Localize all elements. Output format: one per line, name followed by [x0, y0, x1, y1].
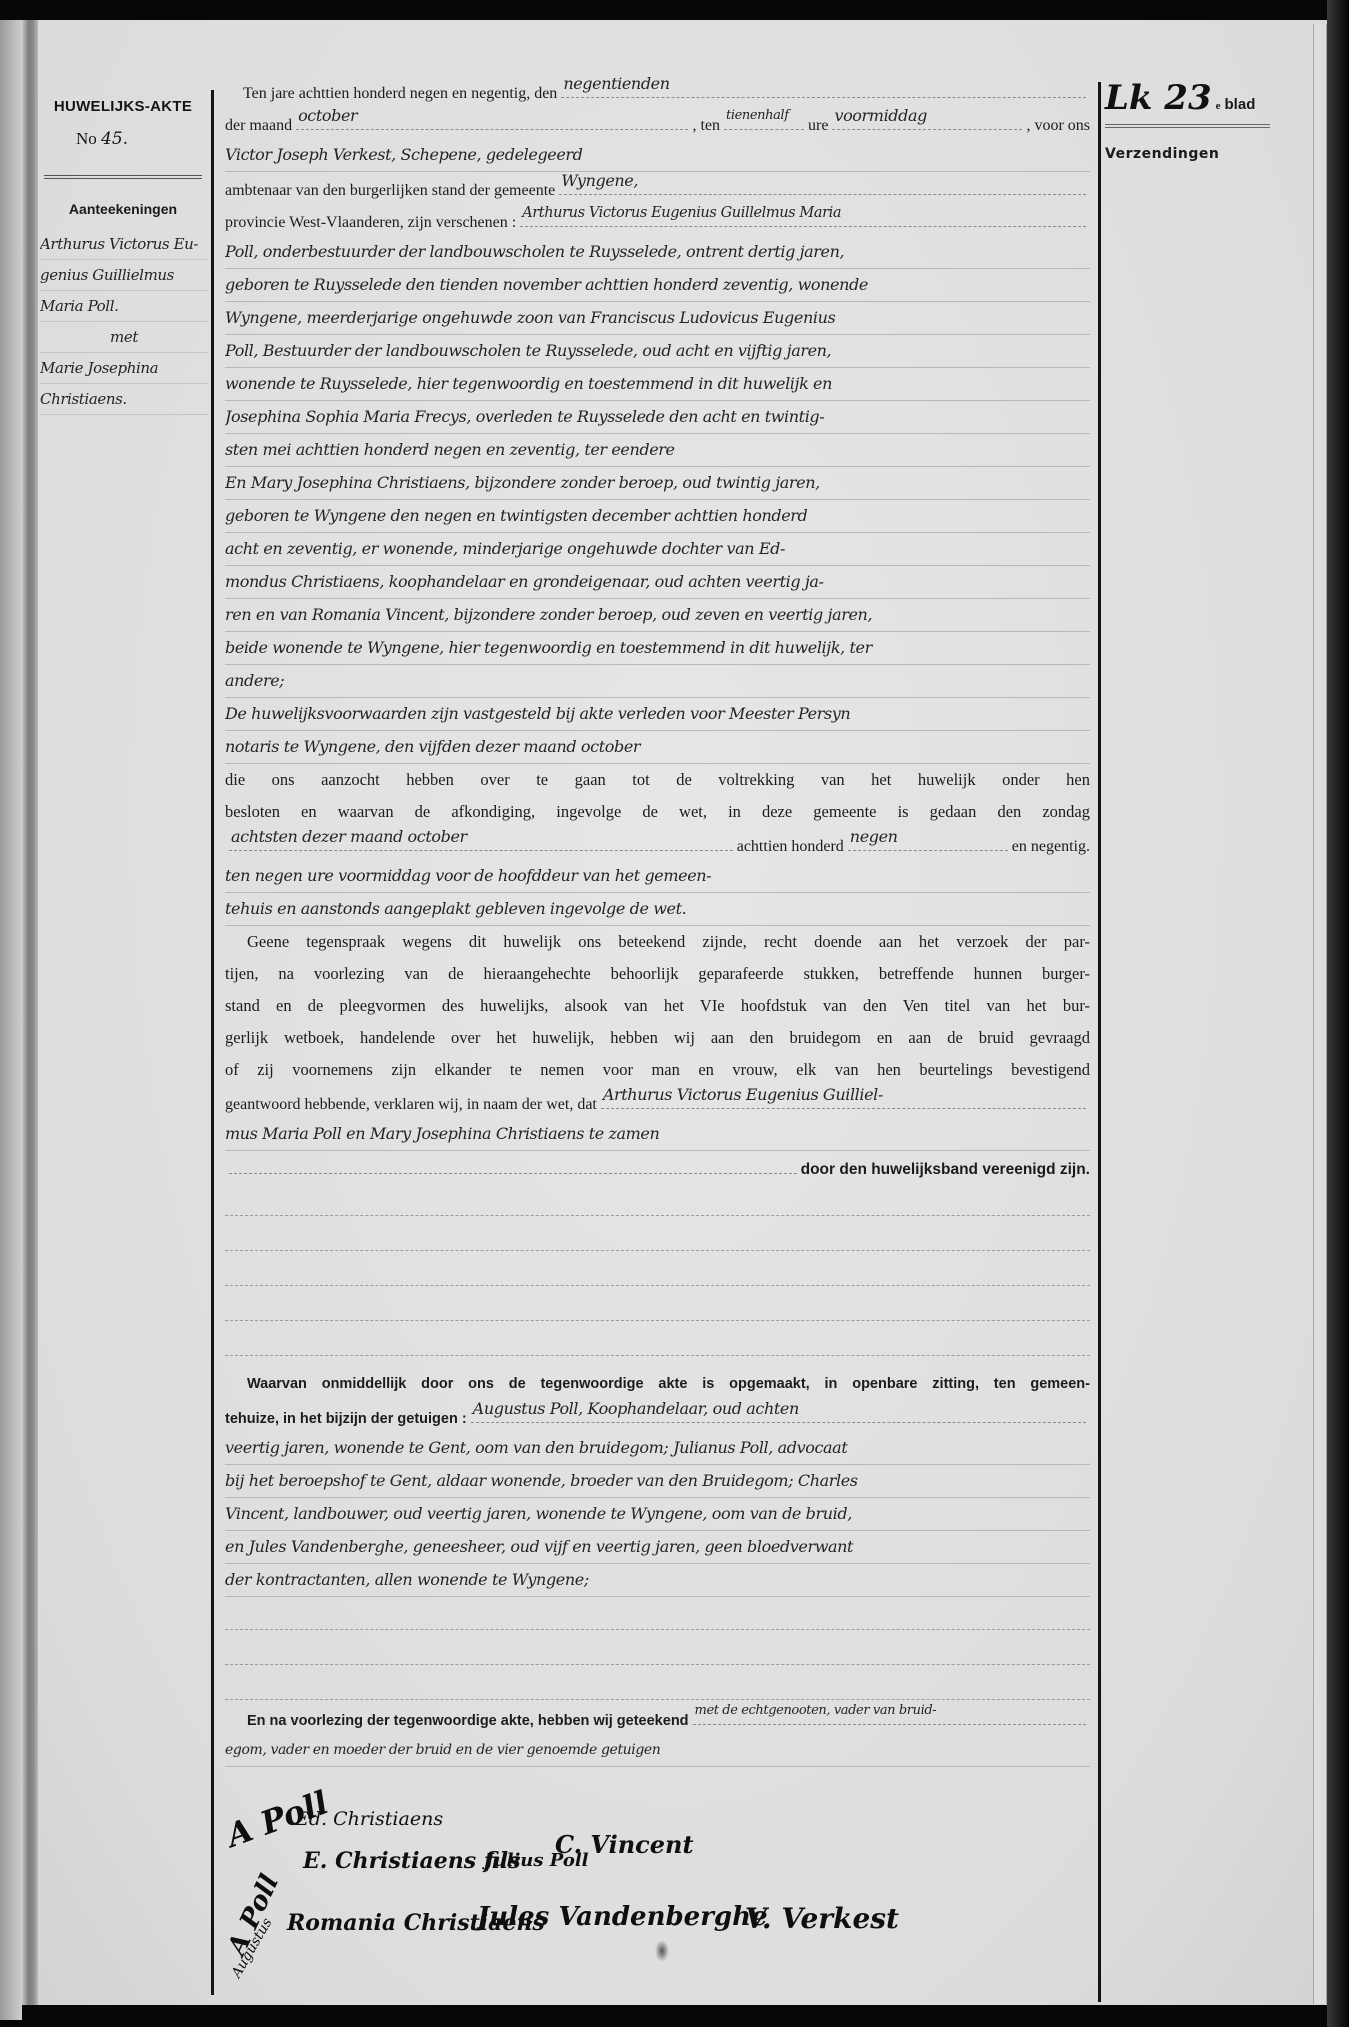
handwritten-text: bij het beroepshof te Gent, aldaar wonen…	[225, 1471, 858, 1490]
blank-line	[225, 1667, 1090, 1700]
handwritten-text: De huwelijksvoorwaarden zijn vastgesteld…	[225, 704, 850, 723]
signature: C. Vincent	[555, 1830, 694, 1859]
part-of-day-field: voormiddag	[832, 107, 1022, 130]
witness-line: en Jules Vandenberghe, geneesheer, oud v…	[225, 1531, 1090, 1564]
page-edge-right	[1313, 24, 1327, 2004]
signatures-area: A Poll Ed. Christiaens E. Christiaens fi…	[225, 1790, 1125, 1980]
witness-line: Vincent, landbouwer, oud veertig jaren, …	[225, 1498, 1090, 1531]
couple-names-continued: mus Maria Poll en Mary Josephina Christi…	[225, 1118, 1090, 1151]
witness-line: veertig jaren, wonende te Gent, oom van …	[225, 1432, 1090, 1465]
printed-text: En na voorlezing der tegenwoordige akte,…	[225, 1705, 689, 1737]
groom-line: sten mei achttien honderd negen en zeven…	[225, 434, 1090, 467]
signing-field: met de echtgenooten, vader van bruid-	[693, 1702, 1086, 1725]
groom-name-field: Arthurus Victorus Eugenius Guillelmus Ma…	[520, 204, 1086, 227]
folio-suffix: e	[1216, 100, 1221, 112]
publication-detail-line: tehuis en aanstonds aangeplakt gebleven …	[225, 893, 1090, 926]
right-shadow	[1327, 0, 1349, 2027]
handwritten-text: acht en zeventig, er wonende, minderjari…	[225, 539, 785, 558]
month-field: october	[296, 107, 688, 130]
bride-details: En Mary Josephina Christiaens, bijzonder…	[225, 467, 1090, 698]
printed-text: ure	[808, 110, 828, 142]
header-line-date: Ten jare achttien honderd negen en negen…	[225, 75, 1090, 107]
officer-line: Victor Joseph Verkest, Schepene, gedeleg…	[225, 139, 1090, 172]
day-field: negentienden	[561, 75, 1086, 98]
day-value: negentienden	[563, 75, 669, 98]
bride-line: andere;	[225, 665, 1090, 698]
witness-text: Augustus Poll, Koophandelaar, oud achten	[473, 1400, 799, 1423]
publication-date: achtsten dezer maand october	[231, 828, 467, 851]
handwritten-text: notaris te Wyngene, den vijfden dezer ma…	[225, 737, 640, 756]
handwritten-text: Poll, Bestuurder der landbouwscholen te …	[225, 341, 831, 360]
printed-line: gerlijk wetboek, handelende over het huw…	[225, 1022, 1090, 1054]
month-value: october	[298, 107, 357, 130]
annotation-line: Maria Poll.	[40, 291, 208, 322]
closing-text: door den huwelijksband vereenigd zijn.	[801, 1154, 1090, 1186]
handwritten-text: En Mary Josephina Christiaens, bijzonder…	[225, 473, 820, 492]
witness-line: der kontractanten, allen wonende te Wyng…	[225, 1564, 1090, 1597]
akte-title: HUWELIJKS-AKTE	[38, 98, 208, 115]
handwritten-text: beide wonende te Wyngene, hier tegenwoor…	[225, 638, 872, 657]
handwritten-text: Poll, onderbestuurder der landbouwschole…	[225, 242, 844, 261]
bride-line: ren en van Romania Vincent, bijzondere z…	[225, 599, 1090, 632]
printed-text: Ten jare achttien honderd negen en negen…	[225, 78, 557, 110]
groom-line: Poll, Bestuurder der landbouwscholen te …	[225, 335, 1090, 368]
municipality-value: Wyngene,	[561, 172, 638, 195]
folio-label: blad	[1225, 96, 1256, 113]
publication-year: negen	[850, 828, 898, 851]
handwritten-text: sten mei achttien honderd negen en zeven…	[225, 440, 675, 459]
request-paragraph: die ons aanzocht hebben over te gaan tot…	[225, 764, 1090, 828]
annotation-line: Arthurus Victorus Eu-	[40, 229, 208, 260]
witness-line: tehuize, in het bijzijn der getuigen : A…	[225, 1400, 1090, 1432]
groom-line: Poll, onderbestuurder der landbouwschole…	[225, 236, 1090, 269]
printed-text: ambtenaar van den burgerlijken stand der…	[225, 175, 555, 207]
left-divider	[44, 175, 202, 179]
blank-line	[225, 1288, 1090, 1321]
publication-date-field: achtsten dezer maand october	[229, 828, 733, 851]
certificate-body: Ten jare achttien honderd negen en negen…	[225, 75, 1090, 1767]
groom-line: wonende te Ruysselede, hier tegenwoordig…	[225, 368, 1090, 401]
couple-names: Arthurus Victorus Eugenius Guilliel-	[603, 1086, 883, 1109]
publication-year-field: negen	[848, 828, 1008, 851]
annotations-title: Aanteekeningen	[38, 201, 208, 217]
blank-line	[225, 1218, 1090, 1251]
handwritten-text: mus Maria Poll en Mary Josephina Christi…	[225, 1124, 659, 1143]
handwritten-text: mondus Christiaens, koophandelaar en gro…	[225, 572, 824, 591]
blank-line	[225, 1632, 1090, 1665]
printed-text: der maand	[225, 110, 292, 142]
blank-field	[229, 1151, 797, 1174]
printed-text: geantwoord hebbende, verklaren wij, in n…	[225, 1089, 597, 1121]
printed-line: besloten en waarvan de afkondiging, inge…	[225, 796, 1090, 828]
witness-paragraph: Waarvan onmiddellijk door ons de tegenwo…	[225, 1368, 1090, 1597]
annotation-line: Christiaens.	[40, 384, 208, 415]
printed-line: stand en de pleegvormen des huwelijks, a…	[225, 990, 1090, 1022]
ink-smudge	[655, 1940, 669, 1962]
marriage-contract: De huwelijksvoorwaarden zijn vastgesteld…	[225, 698, 1090, 764]
bride-line: geboren te Wyngene den negen en twintigs…	[225, 500, 1090, 533]
signature: Ed. Christiaens	[295, 1808, 443, 1830]
left-column-rule	[211, 90, 214, 1995]
printed-text: en negentig.	[1012, 831, 1090, 863]
sendings-title: Verzendingen	[1105, 146, 1275, 162]
groom-details: Poll, onderbestuurder der landbouwschole…	[225, 236, 1090, 467]
publication-line: achtsten dezer maand october achttien ho…	[225, 828, 1090, 860]
left-margin-column: HUWELIJKS-AKTE No 45. Aanteekeningen Art…	[38, 90, 208, 415]
groom-line: Josephina Sophia Maria Frecys, overleden…	[225, 401, 1090, 434]
signing-text: met de echtgenooten, vader van bruid-	[695, 1702, 937, 1725]
groom-name: Arthurus Victorus Eugenius Guillelmus Ma…	[522, 204, 841, 227]
contract-line: De huwelijksvoorwaarden zijn vastgesteld…	[225, 698, 1090, 731]
municipality-line: ambtenaar van den burgerlijken stand der…	[225, 172, 1090, 204]
handwritten-text: Wyngene, meerderjarige ongehuwde zoon va…	[225, 308, 835, 327]
akte-number: No 45.	[38, 129, 208, 149]
printed-line: die ons aanzocht hebben over te gaan tot…	[225, 764, 1090, 796]
signature: Jules Vandenberghe	[477, 1902, 768, 1932]
handwritten-text: ren en van Romania Vincent, bijzondere z…	[225, 605, 872, 624]
printed-text: , voor ons	[1026, 110, 1090, 142]
printed-text: tehuize, in het bijzijn der getuigen :	[225, 1403, 467, 1435]
handwritten-text: Josephina Sophia Maria Frecys, overleden…	[225, 407, 824, 426]
blank-line	[225, 1323, 1090, 1356]
blank-line	[225, 1183, 1090, 1216]
bride-line: acht en zeventig, er wonende, minderjari…	[225, 533, 1090, 566]
bride-line: mondus Christiaens, koophandelaar en gro…	[225, 566, 1090, 599]
declaration-paragraph: Geene tegenspraak wegens dit huwelijk on…	[225, 926, 1090, 1086]
printed-text: , ten	[692, 110, 720, 142]
annotation-line: genius Guillielmus	[40, 260, 208, 291]
akte-number-label: No	[76, 129, 97, 148]
printed-line: of zij voornemens zijn elkander te nemen…	[225, 1054, 1090, 1086]
declaration-closing: door den huwelijksband vereenigd zijn.	[225, 1151, 1090, 1183]
annotations-list: Arthurus Victorus Eu- genius Guillielmus…	[38, 229, 208, 415]
couple-names-field: Arthurus Victorus Eugenius Guilliel-	[601, 1086, 1086, 1109]
annotation-line: Marie Josephina	[40, 353, 208, 384]
akte-number-value: 45.	[101, 129, 128, 149]
blank-line	[225, 1253, 1090, 1286]
groom-line: geboren te Ruysselede den tienden novemb…	[225, 269, 1090, 302]
handwritten-text: en Jules Vandenberghe, geneesheer, oud v…	[225, 1537, 853, 1556]
part-of-day-value: voormiddag	[834, 107, 927, 130]
right-margin-column: Lk 23 e blad Verzendingen	[1105, 78, 1275, 162]
publication-detail-line: ten negen ure voormiddag voor de hoofdde…	[225, 860, 1090, 893]
groom-line: Wyngene, meerderjarige ongehuwde zoon va…	[225, 302, 1090, 335]
printed-line: Waarvan onmiddellijk door ons de tegenwo…	[225, 1368, 1090, 1400]
handwritten-text: wonende te Ruysselede, hier tegenwoordig…	[225, 374, 832, 393]
handwritten-text: der kontractanten, allen wonende te Wyng…	[225, 1570, 589, 1589]
declaration-names-line: geantwoord hebbende, verklaren wij, in n…	[225, 1086, 1090, 1118]
bride-line: En Mary Josephina Christiaens, bijzonder…	[225, 467, 1090, 500]
signing-line: En na voorlezing der tegenwoordige akte,…	[225, 1702, 1090, 1734]
officer-name: Victor Joseph Verkest, Schepene, gedeleg…	[225, 145, 583, 164]
witness-field: Augustus Poll, Koophandelaar, oud achten	[471, 1400, 1086, 1423]
page-binding	[22, 20, 38, 2005]
handwritten-text: ten negen ure voormiddag voor de hoofdde…	[225, 866, 711, 885]
contract-line: notaris te Wyngene, den vijfden dezer ma…	[225, 731, 1090, 764]
right-column-rule	[1098, 82, 1101, 2002]
folio-number: Lk 23	[1105, 78, 1212, 118]
right-divider	[1105, 124, 1270, 128]
printed-text: provincie West-Vlaanderen, zijn verschen…	[225, 207, 516, 239]
municipality-field: Wyngene,	[559, 172, 1086, 195]
hour-field: tienenhalf	[724, 107, 804, 130]
handwritten-text: veertig jaren, wonende te Gent, oom van …	[225, 1438, 847, 1457]
signing-line: egom, vader en moeder der bruid en de vi…	[225, 1734, 1090, 1767]
printed-line: Geene tegenspraak wegens dit huwelijk on…	[225, 926, 1090, 958]
handwritten-text: geboren te Ruysselede den tienden novemb…	[225, 275, 868, 294]
province-line: provincie West-Vlaanderen, zijn verschen…	[225, 204, 1090, 236]
signing-paragraph: En na voorlezing der tegenwoordige akte,…	[225, 1702, 1090, 1767]
printed-text: achttien honderd	[737, 831, 844, 863]
bride-line: beide wonende te Wyngene, hier tegenwoor…	[225, 632, 1090, 665]
handwritten-text: egom, vader en moeder der bruid en de vi…	[225, 1742, 660, 1758]
header-line-month: der maand october , ten tienenhalf ure v…	[225, 107, 1090, 139]
handwritten-text: geboren te Wyngene den negen en twintigs…	[225, 506, 807, 525]
handwritten-text: Vincent, landbouwer, oud veertig jaren, …	[225, 1504, 852, 1523]
handwritten-text: tehuis en aanstonds aangeplakt gebleven …	[225, 899, 686, 918]
handwritten-text: andere;	[225, 671, 284, 690]
witness-line: bij het beroepshof te Gent, aldaar wonen…	[225, 1465, 1090, 1498]
hour-value: tienenhalf	[726, 107, 789, 130]
printed-line: tijen, na voorlezing van de hieraangehec…	[225, 958, 1090, 990]
annotation-line: met	[40, 322, 208, 353]
signature: V. Verkest	[745, 1902, 899, 1935]
folio-row: Lk 23 e blad	[1105, 78, 1275, 118]
blank-line	[225, 1597, 1090, 1630]
page-edge-left	[0, 20, 22, 2020]
